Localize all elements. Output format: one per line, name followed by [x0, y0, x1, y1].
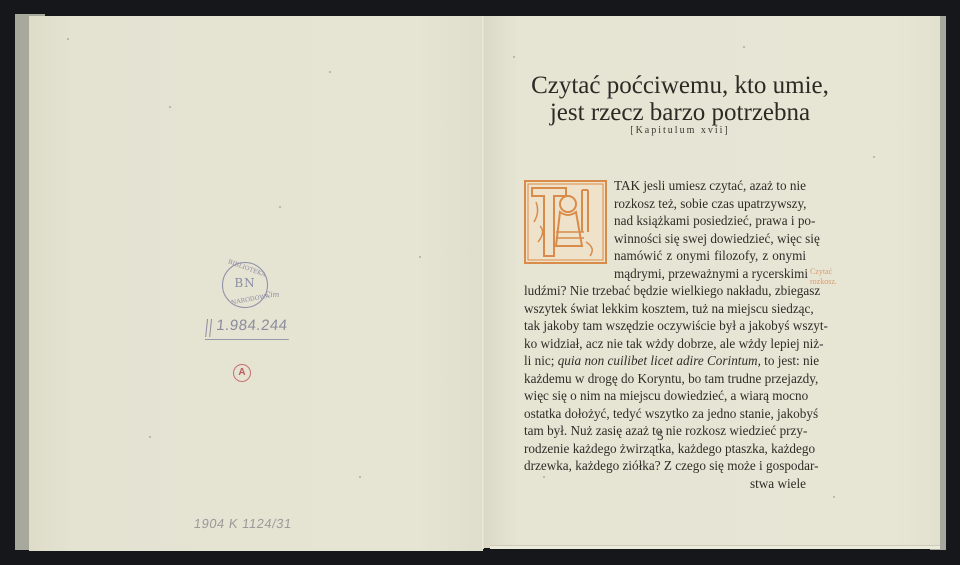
chapter-title: Czytać poćciwemu, kto umie, jest rzecz b… — [500, 72, 860, 126]
text-line: wszytek świat lekkim kosztem, tuż na mie… — [524, 300, 806, 318]
text-line: tak jakoby tam wszędzie oczywiście był a… — [524, 317, 806, 335]
inventory-number: 1904 K 1124/31 — [193, 516, 293, 531]
title-line-1: Czytać poćciwemu, kto umie, — [500, 72, 860, 99]
text-line: więc się o nim na miejscu dowiedzieć, a … — [524, 387, 806, 405]
text-line: TAK jesli umiesz czytać, azaż to nie — [614, 177, 806, 195]
text-fragment: to jest: nie — [764, 353, 819, 368]
book-scan: BIBLIOTEKA BN NARODOWA Cim 1.984.244 A 1… — [0, 0, 960, 565]
margin-note: Czytać rozkosz. — [810, 267, 837, 287]
text-line: nad książkami posiedzieć, prawa i po- — [614, 212, 806, 230]
text-line: drzewka, każdego ziółka? Z czego się moż… — [524, 457, 806, 475]
text-line: ludźmi? Nie trzebać będzie wielkiego nak… — [524, 282, 806, 300]
page-number: 5 — [657, 428, 664, 444]
title-line-2: jest rzecz barzo potrzebna — [500, 99, 860, 126]
text-line: tam był. Nuż zasię azaż to nie rozkosz w… — [524, 422, 806, 440]
text-fragment: li nic; — [524, 353, 554, 368]
shelfmark-number: 1.984.244 — [215, 317, 288, 334]
text-line: namówić z onymi filozofy, z onymi — [614, 247, 806, 265]
margin-note-line-2: rozkosz. — [810, 277, 837, 287]
margin-note-line-1: Czytać — [810, 267, 837, 277]
chapter-number: [Kapitulum xvii] — [500, 125, 860, 136]
circled-letter-stamp: A — [233, 364, 251, 382]
text-line: mądrymi, przeważnymi a rycerskimi — [614, 265, 806, 283]
book-gutter — [481, 16, 484, 549]
page-edge — [490, 545, 940, 549]
shelfmark-underline — [205, 339, 289, 340]
text-line: rodzenie każdego żwirzątka, każdego ptas… — [524, 440, 806, 458]
stamp-center-text: BN — [223, 276, 267, 290]
shelfmark-bar — [209, 319, 212, 337]
stamp-suffix: Cim — [265, 291, 279, 299]
text-line: każdemu w drogę do Koryntu, bo tam trudn… — [524, 370, 806, 388]
text-line-with-quote: li nic; quia non cuilibet licet adire Co… — [524, 352, 806, 370]
catchword: stwa wiele — [524, 475, 806, 493]
text-line: ostatka dołożyć, tedyć wszytko za jedno … — [524, 405, 806, 423]
body-text: TAK jesli umiesz czytać, azaż to nie roz… — [524, 177, 806, 492]
latin-quote: quia non cuilibet licet adire Corintum, — [558, 353, 761, 368]
text-line: winności się swej dowiedzieć, więc się — [614, 230, 806, 248]
text-line: ko widział, acz nie tak wżdy dobrze, ale… — [524, 335, 806, 353]
text-line: rozkosz też, sobie czas upatrzywszy, — [614, 195, 806, 213]
shelfmark: 1.984.244 — [205, 316, 298, 342]
library-stamp: BIBLIOTEKA BN NARODOWA Cim — [222, 262, 268, 308]
